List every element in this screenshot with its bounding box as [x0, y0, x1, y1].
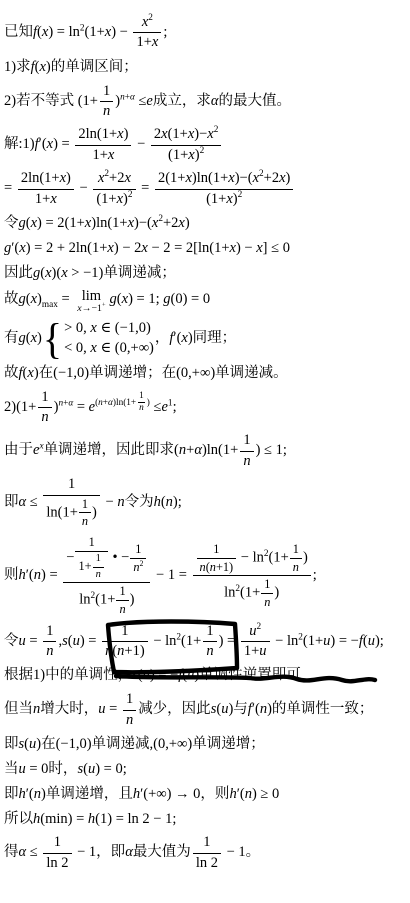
math-line: 因此g(x)(x > −1)单调递减；	[4, 264, 408, 283]
math-line: 2)若不等式 (1+1n)n+α ≤e成立，求α的最大值。	[4, 83, 408, 121]
math-line: 即h′(n)单调递增，且h′(+∞) → 0，则h′(n) ≥ 0	[4, 785, 408, 804]
math-solution-document: 已知f(x) = ln2(1+x) − x21+x; 1)求f(x)的单调区间；…	[0, 0, 410, 903]
math-line: 即s(u)在(−1,0)单调递减,(0,+∞)单调递增；	[4, 735, 408, 754]
math-line: 令u = 1n,s(u) = 1n(n+1) − ln2(1+1n) = u21…	[4, 623, 408, 661]
math-line: 由于ex单调递增，因此即求(n+α)ln(1+1n) ≤ 1;	[4, 432, 408, 470]
math-line: 1)求f(x)的单调区间；	[4, 58, 408, 77]
math-line: 根据1)中的单调性，s(u) = −f(u)单调性逆置即可	[4, 666, 408, 685]
math-line: 有g(x){> 0, x ∈ (−1,0)< 0, x ∈ (0,+∞)，f′(…	[4, 320, 408, 358]
math-line: 得α ≤ 1ln 2 − 1，即α最大值为1ln 2 − 1。	[4, 834, 408, 872]
math-line: 令g(x) = 2(1+x)ln(1+x)−(x2+2x)	[4, 214, 408, 233]
math-line: 故f(x)在(−1,0)单调递增；在(0,+∞)单调递减。	[4, 364, 408, 383]
math-line: 当u = 0时，s(u) = 0;	[4, 760, 408, 779]
math-line: 则h′(n) = −11+1n • −1n2ln2(1+1n) − 1 = 1n…	[4, 535, 408, 616]
math-line: g′(x) = 2 + 2ln(1+x) − 2x − 2 = 2[ln(1+x…	[4, 239, 408, 258]
math-line: 已知f(x) = ln2(1+x) − x21+x;	[4, 14, 408, 52]
math-line: 解:1)f′(x) = 2ln(1+x)1+x − 2x(1+x)−x2(1+x…	[4, 126, 408, 164]
math-line: 但当n增大时，u = 1n减少，因此s(u)与f′(n)的单调性一致；	[4, 691, 408, 729]
math-line: 即α ≤ 1ln(1+1n) − n令为h(n);	[4, 476, 408, 529]
math-line: 所以h(min) = h(1) = ln 2 − 1;	[4, 810, 408, 829]
math-line: 2)(1+1n)n+α = e(n+α)ln(1+1n) ≤e1;	[4, 389, 408, 427]
boxed-formula-line-wrap: 令u = 1n,s(u) = 1n(n+1) − ln2(1+1n) = u21…	[4, 623, 408, 661]
math-line: 故g(x)max = limx→−1+g(x) = 1; g(0) = 0	[4, 289, 408, 315]
math-line: = 2ln(1+x)1+x − x2+2x(1+x)2 = 2(1+x)ln(1…	[4, 170, 408, 208]
